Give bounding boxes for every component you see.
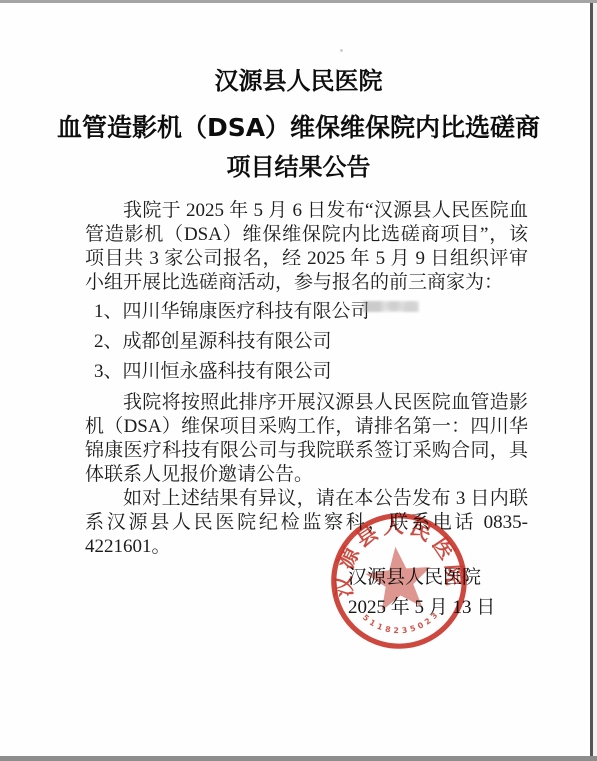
scan-speck [340, 49, 343, 52]
paragraph-announcement: 我院于 2025 年 5 月 6 日发布“汉源县人民医院血管造影机（DSA）维保… [85, 199, 528, 295]
scan-bottom-bar [0, 756, 597, 761]
document-title-result: 项目结果公告 [0, 154, 597, 182]
document-title-hospital: 汉源县人民医院 [0, 68, 597, 96]
seal-code-text: 5118235023 [360, 605, 443, 639]
star-icon [363, 543, 435, 612]
scanned-announcement-page: 汉源县人民医院 血管造影机（DSA）维保维保院内比选磋商 项目结果公告 我院于 … [0, 0, 597, 761]
official-seal: 汉源县人民医院 5118235023 [319, 501, 479, 661]
paragraph-procurement: 我院将按照此排序开展汉源县人民医院血管造影机（DSA）维保项目采购工作，请排名第… [85, 391, 528, 487]
bidder-item-3: 3、四川恒永盛科技有限公司 [85, 357, 528, 387]
bidder-item-1: 1、四川华锦康医疗科技有限公司 [85, 297, 528, 327]
document-title-project: 血管造影机（DSA）维保维保院内比选磋商 [0, 114, 597, 143]
bidder-item-2: 2、成都创星源科技有限公司 [85, 327, 528, 357]
bidder-list: 1、四川华锦康医疗科技有限公司 2、成都创星源科技有限公司 3、四川恒永盛科技有… [85, 297, 528, 387]
scan-top-bar [0, 0, 597, 3]
erased-text-smudge [363, 301, 419, 312]
